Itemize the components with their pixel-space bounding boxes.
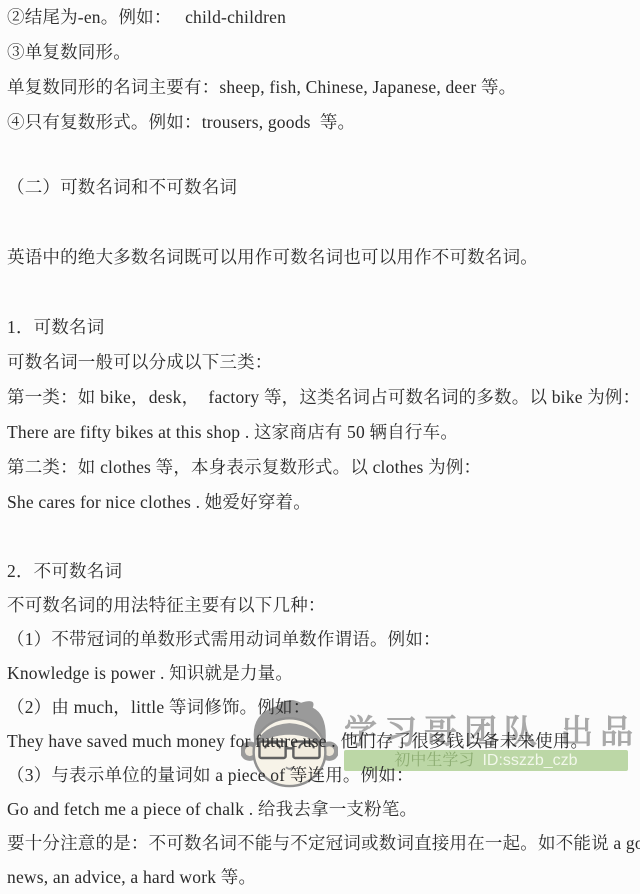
- text-line: 单复数同形的名词主要有：sheep, fish, Chinese, Japane…: [7, 70, 638, 105]
- section-plural-forms: ②结尾为-en。例如： child-children ③单复数同形。 单复数同形…: [7, 0, 638, 140]
- text-line: 要十分注意的是：不可数名词不能与不定冠词或数词直接用在一起。如不能说 a goo…: [7, 826, 638, 860]
- example-sentence: They have saved much money for future us…: [7, 724, 638, 758]
- text-line: ③单复数同形。: [7, 35, 638, 70]
- example-sentence: There are fifty bikes at this shop . 这家商…: [7, 415, 638, 450]
- text-line: 可数名词一般可以分成以下三类：: [7, 345, 638, 380]
- subsection-title: 1．可数名词: [7, 310, 638, 345]
- text-line: ②结尾为-en。例如： child-children: [7, 0, 638, 35]
- section-countable-nouns: 1．可数名词 可数名词一般可以分成以下三类： 第一类：如 bike，desk， …: [7, 310, 638, 520]
- section-intro: 英语中的绝大多数名词既可以用作可数名词也可以用作不可数名词。: [7, 240, 638, 275]
- text-line: （2）由 much，little 等词修饰。例如：: [7, 690, 638, 724]
- text-line: （1）不带冠词的单数形式需用动词单数作谓语。例如：: [7, 622, 638, 656]
- example-sentence: She cares for nice clothes . 她爱好穿着。: [7, 485, 638, 520]
- text-line: ④只有复数形式。例如：trousers, goods 等。: [7, 105, 638, 140]
- text-line: 第一类：如 bike，desk， factory 等，这类名词占可数名词的多数。…: [7, 380, 638, 415]
- text-line: 第二类：如 clothes 等，本身表示复数形式。以 clothes 为例：: [7, 450, 638, 485]
- document-page: 学习哥团队 出品 初中生学习 ID:sszzb_czb ②结尾为-en。例如： …: [0, 0, 640, 894]
- example-sentence: Go and fetch me a piece of chalk . 给我去拿一…: [7, 792, 638, 826]
- example-sentence: Knowledge is power . 知识就是力量。: [7, 656, 638, 690]
- subsection-title: 2．不可数名词: [7, 554, 638, 588]
- text-line: 英语中的绝大多数名词既可以用作可数名词也可以用作不可数名词。: [7, 240, 638, 275]
- section-title: （二）可数名词和不可数名词: [7, 170, 638, 205]
- section-heading-countable: （二）可数名词和不可数名词: [7, 170, 638, 205]
- text-line: news, an advice, a hard work 等。: [7, 860, 638, 894]
- document-content: ②结尾为-en。例如： child-children ③单复数同形。 单复数同形…: [0, 0, 640, 894]
- text-line: （3）与表示单位的量词如 a piece of 等连用。例如：: [7, 758, 638, 792]
- text-line: 不可数名词的用法特征主要有以下几种：: [7, 588, 638, 622]
- section-uncountable-nouns: 2．不可数名词 不可数名词的用法特征主要有以下几种： （1）不带冠词的单数形式需…: [7, 554, 638, 894]
